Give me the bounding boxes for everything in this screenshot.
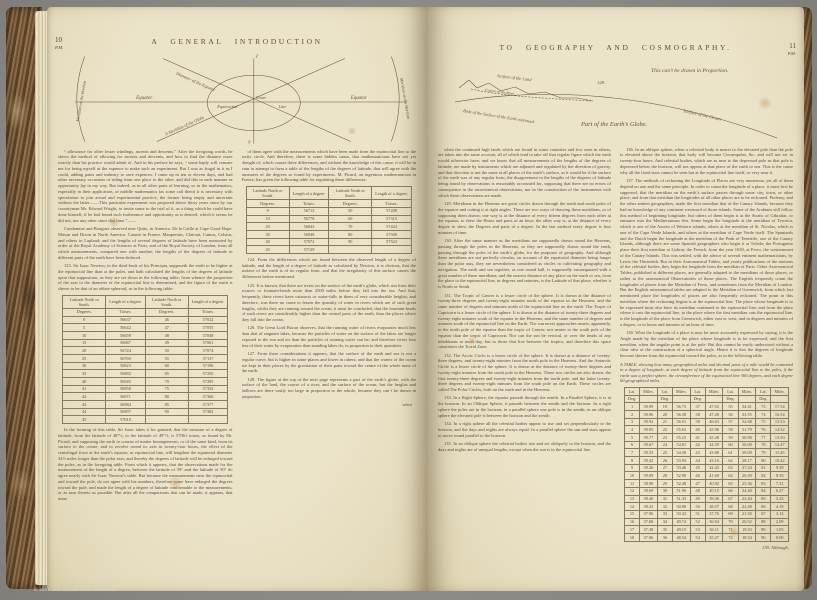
table-cell: 52.48 — [672, 480, 690, 488]
table-cell: 58.69 — [640, 487, 658, 495]
table-cell: 32.68 — [738, 418, 756, 426]
table-cell: 56984 — [106, 401, 146, 409]
table-cell: 57196 — [188, 362, 228, 370]
text-columns-left-page: “ allowance for other lesser windings, a… — [47, 146, 427, 573]
table-cell — [738, 395, 756, 403]
table-cell: 57377 — [188, 401, 228, 409]
table-cell: 34 — [657, 518, 672, 526]
table-cell: 85 — [756, 495, 771, 503]
table-cell: 47 — [145, 324, 188, 332]
table-cell: 45 — [690, 464, 705, 472]
running-head: A GENERAL INTRODUCTION — [89, 37, 385, 46]
table-cell: 64 — [723, 472, 738, 480]
table-cell: 59.67 — [640, 441, 658, 449]
column-text: “ allowance for other lesser windings, a… — [58, 149, 233, 292]
paragraph: In the forming of this table, Sir Isaac … — [58, 427, 233, 502]
table-cell: 40 — [246, 238, 289, 246]
table-cell: 63 — [723, 464, 738, 472]
table-cell: 56.73 — [672, 403, 690, 411]
table-cell: 11 — [624, 480, 639, 488]
diagram-label: Equator — [350, 96, 367, 101]
table-cell: 10 — [246, 215, 289, 223]
table-cell: 51.43 — [672, 495, 690, 503]
table-cell: Degrees. — [246, 200, 289, 208]
diagram-caption: Part of the Earth’s Globe. — [580, 121, 647, 128]
header-row-left: 10 P.M. A GENERAL INTRODUCTION — [47, 7, 427, 50]
table-cell: 11.45 — [771, 449, 789, 457]
table-cell: 56769 — [106, 354, 146, 362]
diagram-note: This can’t be drawn in Proportion. — [651, 68, 729, 74]
table-caption: A TABLE, shewing how many geographical m… — [620, 362, 793, 385]
page-number: 10 — [55, 37, 89, 45]
table-cell: 54 — [690, 533, 705, 541]
table-cell: 23 — [657, 434, 672, 442]
column-text: of them agree with the measurements whic… — [242, 149, 417, 184]
table-cell: 78 — [756, 441, 771, 449]
table-cell: 17.54 — [771, 403, 789, 411]
table-cell: 59 — [723, 434, 738, 442]
table-cell: 83 — [756, 480, 771, 488]
table-cell: 57332 — [188, 385, 228, 393]
table-cell: 5 — [63, 324, 106, 332]
table-cell: 25.36 — [738, 480, 756, 488]
table-cell: 62 — [723, 457, 738, 465]
table-cell: 60 — [329, 215, 372, 223]
table-cell: Length of a degree. — [372, 187, 412, 200]
table-cell: 44 — [690, 457, 705, 465]
horizon-arc-right — [391, 56, 399, 141]
table-cell: 90 — [756, 533, 771, 541]
table-cell: 57.38 — [640, 526, 658, 534]
degree-correction-table: Latitude North or South.Length of a degr… — [246, 186, 412, 254]
table-cell: 60 — [723, 441, 738, 449]
longitude-miles-table: Lat.Miles.Lat.Miles.Lat.Miles.Lat.Miles.… — [624, 387, 789, 542]
table-cell: 56823 — [106, 362, 146, 370]
table-cell: Deg. — [690, 395, 705, 403]
table-cell: 24.40 — [738, 487, 756, 495]
table-cell: 41 — [63, 385, 106, 393]
paragraph: 137. The methods of reckoning the Longit… — [620, 178, 793, 328]
table-cell: 53 — [690, 526, 705, 534]
table-cell — [640, 395, 658, 403]
table-cell: 57523 — [372, 238, 412, 246]
table-cell: 67 — [723, 495, 738, 503]
table-cell: 86 — [756, 503, 771, 511]
table-cell: 54.38 — [672, 449, 690, 457]
table-cell: 79 — [756, 449, 771, 457]
copyright-credit: © Jane and Ronald Cohn Collection — [34, 587, 117, 592]
table-cell: 84 — [756, 487, 771, 495]
table-cell: 13.50 — [771, 434, 789, 442]
table-cell: 33.55 — [738, 410, 756, 418]
table-cell: 20.52 — [738, 518, 756, 526]
table-cell: 61 — [723, 449, 738, 457]
table-cell: 57022 — [188, 316, 228, 324]
table-cell: 10.42 — [771, 457, 789, 465]
table-cell: Toises. — [106, 308, 146, 316]
table-cell: 29.09 — [738, 449, 756, 457]
column-text: In the forming of this table, Sir Isaac … — [58, 427, 233, 502]
catchword: when — [242, 402, 417, 408]
table-cell: 56948 — [289, 230, 329, 238]
table-cell: 53.46 — [672, 464, 690, 472]
table-cell: 39.36 — [705, 495, 723, 503]
table-cell: 43.88 — [705, 449, 723, 457]
table-cell: Latitude North or South. — [63, 295, 106, 308]
table-cell: Lat. — [657, 388, 672, 396]
table-cell: 10 — [63, 331, 106, 339]
table-cell: 55.63 — [672, 426, 690, 434]
right-page-column-1: when the continued high lands which are … — [438, 147, 611, 571]
table-cell: Length of a degree. — [289, 187, 329, 200]
header-row-right: TO GEOGRAPHY AND COSMOGRAPHY. 11 P.M. — [427, 7, 804, 56]
table-cell: 57360 — [188, 393, 228, 401]
table-cell — [705, 395, 723, 403]
table-cell: Miles. — [705, 388, 723, 396]
table-cell: 57.68 — [640, 518, 658, 526]
table-cell: 18 — [624, 533, 639, 541]
table-cell: 1.05 — [771, 526, 789, 534]
diagram-label: Body of the Surface of the Earth continu… — [462, 108, 534, 124]
diagram-label: Equator — [135, 96, 152, 101]
table-cell: 77 — [756, 434, 771, 442]
table-cell: 21.50 — [738, 510, 756, 518]
diagram-label: N — [247, 139, 251, 144]
table-cell: 12 — [624, 487, 639, 495]
table-cell: 48.54 — [672, 533, 690, 541]
column-text: 124. From the differences which are foun… — [242, 257, 417, 400]
table-cell: Toises. — [188, 308, 228, 316]
table-cell: 57035 — [188, 324, 228, 332]
table-cell: 2 — [624, 410, 639, 418]
table-cell: 40.15 — [705, 487, 723, 495]
page-right: TO GEOGRAPHY AND COSMOGRAPHY. 11 P.M. Su… — [427, 7, 804, 591]
table-cell: 90 — [145, 408, 188, 416]
table-cell: 70 — [145, 378, 188, 386]
table-cell: 57424 — [372, 223, 412, 231]
table-cell: 56945 — [106, 378, 146, 386]
table-cell — [188, 416, 228, 424]
table-cell: 51 — [690, 510, 705, 518]
table-cell — [329, 246, 372, 254]
table-cell: 56882 — [106, 370, 146, 378]
table-cell: 39 — [690, 418, 705, 426]
column-text: 136. In an oblique sphere, when a celest… — [620, 147, 793, 359]
paragraph: 128. The figure at the top of the next p… — [242, 377, 417, 400]
diagram-label: Diameter of the Equator — [174, 70, 216, 92]
table-cell: 1 — [624, 403, 639, 411]
table-cell: 59.42 — [640, 457, 658, 465]
table-cell: 32 — [657, 503, 672, 511]
table-cell: 6.27 — [771, 487, 789, 495]
table-cell: 34.41 — [738, 403, 756, 411]
right-page-column-2: 136. In an oblique sphere, when a celest… — [620, 147, 793, 571]
table-cell — [771, 395, 789, 403]
paragraph: 136. In an oblique sphere, when a celest… — [620, 147, 793, 176]
table-cell: 47.28 — [705, 410, 723, 418]
table-cell: 20 — [63, 347, 106, 355]
table-cell: 20 — [657, 410, 672, 418]
table-cell: 48 — [145, 331, 188, 339]
table-cell: 46 — [145, 316, 188, 324]
table-cell: 87 — [756, 510, 771, 518]
diagonal-line — [157, 58, 345, 141]
newton-degree-table: Latitude North or South.Length of a degr… — [62, 295, 228, 424]
table-cell: 19 — [657, 403, 672, 411]
table-cell: 27 — [657, 464, 672, 472]
table-cell: 56637 — [106, 316, 146, 324]
paragraph: 138. What the longitude of a place is ma… — [620, 330, 793, 359]
table-cell: Deg. — [657, 395, 672, 403]
table-cell: 75 — [756, 418, 771, 426]
column-text: when the continued high lands which are … — [438, 147, 611, 453]
open-book: 10 P.M. A GENERAL INTRODUCTION Equator E… — [6, 3, 812, 596]
table-cell: Lat. — [690, 388, 705, 396]
paragraph: 130. After the same manner as the meridi… — [438, 238, 611, 290]
table-cell: 9 — [624, 464, 639, 472]
diagram-label: Line — [278, 104, 287, 109]
table-cell: 43 — [690, 449, 705, 457]
table-cell: 56 — [723, 410, 738, 418]
diagram-label: Surface of the Ocean — [682, 108, 721, 122]
page-left: 10 P.M. A GENERAL INTRODUCTION Equator E… — [47, 7, 427, 591]
part-mark: P.M. — [55, 45, 89, 50]
table-cell: 15.53 — [771, 418, 789, 426]
table-cell: 65 — [145, 370, 188, 378]
paragraph: when the continued high lands which are … — [438, 147, 611, 199]
table-cell: 55 — [145, 354, 188, 362]
table-cell: 56843 — [289, 223, 329, 231]
table-cell: 5.23 — [771, 495, 789, 503]
paragraph: 123. Sir Isaac Newton, in the third book… — [58, 263, 233, 292]
table-cell: 58 — [723, 426, 738, 434]
table-cell: 59.55 — [640, 449, 658, 457]
table-cell: 8.35 — [771, 472, 789, 480]
table-cell: 56971 — [106, 393, 146, 401]
table-cell: 46.63 — [705, 418, 723, 426]
table-cell: 5 — [624, 434, 639, 442]
paragraph: Condamine and Bouguer observed near Quit… — [58, 226, 233, 261]
table-cell: 36.94 — [705, 518, 723, 526]
table-cell: 76 — [756, 426, 771, 434]
table-cell: 15 — [63, 339, 106, 347]
table-cell: 13 — [624, 495, 639, 503]
table-cell: Deg. — [723, 395, 738, 403]
page-number: 11 — [789, 43, 796, 51]
table-cell: 57048 — [188, 331, 228, 339]
table-cell: 50.88 — [672, 503, 690, 511]
table-cell: 65 — [723, 480, 738, 488]
table-cell: 0.00 — [771, 533, 789, 541]
table-cell: 50 — [690, 503, 705, 511]
table-cell: 21 — [657, 418, 672, 426]
table-cell: 56.38 — [672, 410, 690, 418]
table-cell: 45 — [63, 416, 106, 424]
left-page-column-1: “ allowance for other lesser windings, a… — [58, 149, 233, 573]
table-cell: 3.14 — [771, 510, 789, 518]
table-cell: 70 — [329, 223, 372, 231]
table-cell: 57382 — [188, 408, 228, 416]
table-cell: 35.27 — [705, 533, 723, 541]
table-cell: 50 — [329, 207, 372, 215]
paragraph: 133. In a Right Sphere, the equator pass… — [438, 395, 611, 418]
table-cell: 40 — [690, 426, 705, 434]
table-cell: 12.47 — [771, 441, 789, 449]
table-cell: 25 — [657, 449, 672, 457]
diagram-label: Z — [256, 53, 259, 58]
table-cell: 57500 — [372, 230, 412, 238]
table-cell: 45 — [246, 246, 289, 254]
table-cell: 41.68 — [705, 472, 723, 480]
table-cell: 19.53 — [738, 526, 756, 534]
table-cell: 49.15 — [672, 526, 690, 534]
table-cell: 75 — [145, 385, 188, 393]
table-cell: 42 — [690, 441, 705, 449]
table-cell: 30 — [657, 487, 672, 495]
table-cell: 33 — [657, 510, 672, 518]
diagram-label: Equinoctial — [216, 104, 238, 109]
table-cell: 30 — [63, 362, 106, 370]
diagram-label: Surface of the Land — [496, 73, 532, 82]
table-cell: 49 — [145, 339, 188, 347]
table-cell: 88 — [756, 518, 771, 526]
table-cell: Miles. — [640, 388, 658, 396]
table-cell: 73 — [756, 403, 771, 411]
table-cell: 30.00 — [738, 441, 756, 449]
table-cell: 43 — [63, 401, 106, 409]
table-cell: 7 — [624, 449, 639, 457]
earth-globe-section-diagram: Surface of the Land Course of the River … — [444, 58, 788, 144]
table-cell: 28.17 — [738, 457, 756, 465]
table-cell: 69 — [723, 510, 738, 518]
table-cell: 66 — [723, 487, 738, 495]
table-cell: 42 — [63, 393, 106, 401]
paragraph: 125. It is known, that there are rivers … — [242, 283, 417, 323]
diagram-label: Meridian on the Horizon — [75, 80, 87, 123]
table-cell — [145, 416, 188, 424]
table-cell: 28 — [657, 472, 672, 480]
table-cell: 57315 — [372, 215, 412, 223]
table-cell: 18.54 — [738, 533, 756, 541]
diagram-label: Course of the River — [484, 88, 514, 96]
table-cell: 70 — [723, 518, 738, 526]
table-cell: 57137 — [188, 354, 228, 362]
table-cell: 68 — [723, 503, 738, 511]
table-cell: 48 — [690, 487, 705, 495]
table-cell: 57.96 — [640, 510, 658, 518]
table-cell: 22 — [657, 426, 672, 434]
table-cell: Latitude North or South. — [329, 187, 372, 200]
table-cell: 29 — [657, 480, 672, 488]
table-cell: Lat. — [624, 388, 639, 396]
table-cell: 52 — [690, 518, 705, 526]
table-cell: 57295 — [188, 378, 228, 386]
meridian-sphere-diagram: Equator Equator Equinoctial Line Center … — [59, 52, 415, 146]
table-cell: Toises. — [289, 200, 329, 208]
table-cell: 50 — [145, 347, 188, 355]
table-cell: 57139 — [289, 246, 329, 254]
table-cell: 57.06 — [640, 533, 658, 541]
table-cell: 30 — [246, 230, 289, 238]
table-cell: 59.85 — [640, 426, 658, 434]
table-cell: 26 — [657, 457, 672, 465]
table-cell: 59.96 — [640, 410, 658, 418]
table-cell: 27.24 — [738, 464, 756, 472]
table-cell: 51.96 — [672, 487, 690, 495]
table-cell: 74 — [756, 410, 771, 418]
table-cell: 56659 — [106, 331, 146, 339]
table-cell: 40.92 — [705, 480, 723, 488]
table-cell: 59.77 — [640, 434, 658, 442]
table-cell: 3 — [624, 418, 639, 426]
table-cell: 37 — [690, 403, 705, 411]
table-cell: 58.22 — [640, 503, 658, 511]
text-columns-right-page: when the continued high lands which are … — [427, 144, 804, 571]
table-cell: 23.44 — [738, 495, 756, 503]
table-cell: 24 — [657, 441, 672, 449]
paragraph: 131. The Tropic of Cancer is a lesser ci… — [438, 293, 611, 351]
table-cell: 2.09 — [771, 518, 789, 526]
table-cell: Latitude North or South. — [246, 187, 289, 200]
table-cell: 22.48 — [738, 503, 756, 511]
table-cell: Miles. — [672, 388, 690, 396]
table-cell: 52.98 — [672, 472, 690, 480]
table-cell: Degrees. — [329, 200, 372, 208]
table-cell: 45.96 — [705, 426, 723, 434]
table-cell: 46 — [690, 472, 705, 480]
table-cell: 37.76 — [705, 510, 723, 518]
table-cell: 55 — [723, 403, 738, 411]
table-cell: 0 — [246, 207, 289, 215]
table-cell: 57250 — [188, 370, 228, 378]
diagram-label: Meridian on the Horizon — [399, 76, 411, 119]
table-cell: 44.59 — [705, 441, 723, 449]
table-cell: Deg. — [756, 395, 771, 403]
table-cell: Miles. — [771, 388, 789, 396]
table-cell: 59.92 — [640, 418, 658, 426]
left-page-column-2: of them agree with the measurements whic… — [242, 149, 417, 573]
table-cell: 4.18 — [771, 503, 789, 511]
table-cell: Degrees. — [145, 308, 188, 316]
paragraph: 132. The Arctic Circle is a lesser circl… — [438, 353, 611, 393]
table-cell: 80 — [145, 393, 188, 401]
table-cell: Deg. — [624, 395, 639, 403]
table-cell: 59.99 — [640, 403, 658, 411]
table-cell: 10 — [624, 472, 639, 480]
table-cell: 47.92 — [705, 403, 723, 411]
folio-block-left: 10 P.M. — [55, 37, 89, 50]
paragraph: 129. Meridians in the Heavens are great … — [438, 201, 611, 236]
table-cell: 57061 — [188, 339, 228, 347]
table-cell: Latitude North or South. — [145, 295, 188, 308]
table-cell: Lat. — [723, 388, 738, 396]
table-cell: 82 — [756, 472, 771, 480]
paragraph: “ allowance for other lesser windings, a… — [58, 149, 233, 224]
table-cell: 71 — [723, 526, 738, 534]
table-cell: 58.90 — [640, 480, 658, 488]
table-cell: 57 — [723, 418, 738, 426]
table-cell: 49 — [690, 495, 705, 503]
table-cell: 55.23 — [672, 434, 690, 442]
table-cell: 57010 — [106, 416, 146, 424]
table-cell: 35 — [657, 526, 672, 534]
figure-number: 128. — [597, 80, 605, 85]
table-cell: 30.90 — [738, 434, 756, 442]
table-cell: 54.81 — [672, 441, 690, 449]
table-cell: 50.32 — [672, 510, 690, 518]
table-cell: 89 — [756, 526, 771, 534]
paragraph: 134. In a right sphere all the celestial… — [438, 421, 611, 438]
